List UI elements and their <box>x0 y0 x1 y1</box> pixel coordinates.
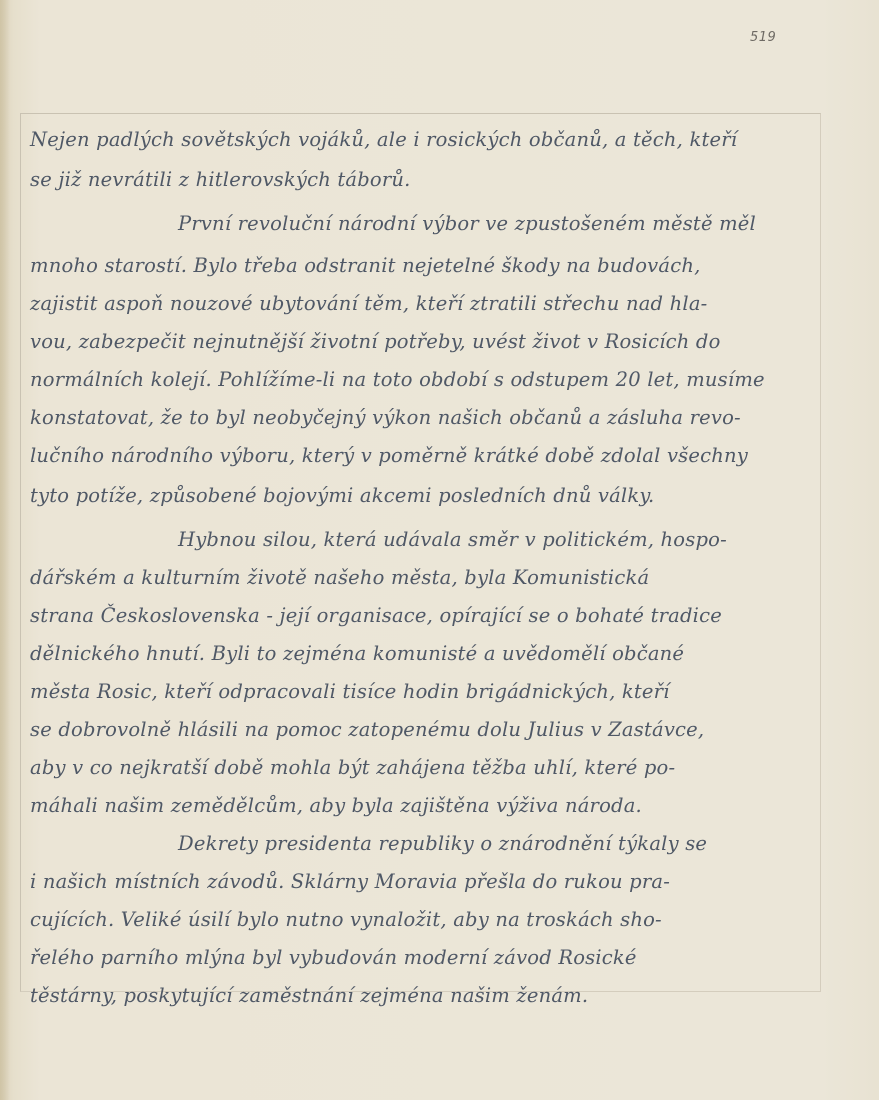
manuscript-page: 519 Nejen padlých sovětských vojáků, ale… <box>0 0 879 1100</box>
text-line: dělnického hnutí. Byli to zejména komuni… <box>30 636 684 672</box>
text-line: těstárny, poskytující zaměstnání zejména… <box>30 978 588 1014</box>
text-line: i našich místních závodů. Sklárny Moravi… <box>30 864 670 900</box>
text-line: mnoho starostí. Bylo třeba odstranit nej… <box>30 248 701 284</box>
binding-shadow <box>0 0 10 1100</box>
page-number: 519 <box>750 30 776 45</box>
text-line: normálních kolejí. Pohlížíme-li na toto … <box>30 362 765 398</box>
text-line: řelého parního mlýna byl vybudován moder… <box>30 940 637 976</box>
text-line: Nejen padlých sovětských vojáků, ale i r… <box>30 122 737 158</box>
text-line: lučního národního výboru, který v poměrn… <box>30 438 748 474</box>
text-line: konstatovat, že to byl neobyčejný výkon … <box>30 400 741 436</box>
paragraph-start-line: První revoluční národní výbor ve zpustoš… <box>178 206 756 242</box>
text-line: aby v co nejkratší době mohla být zaháje… <box>30 750 675 786</box>
text-line: vou, zabezpečit nejnutnější životní potř… <box>30 324 721 360</box>
text-line: zajistit aspoň nouzové ubytování těm, kt… <box>30 286 707 322</box>
paragraph-start-line: Dekrety presidenta republiky o znárodněn… <box>178 826 707 862</box>
paragraph-start-line: Hybnou silou, která udávala směr v polit… <box>178 522 727 558</box>
text-line: se dobrovolně hlásili na pomoc zatopeném… <box>30 712 704 748</box>
text-line: dářském a kulturním životě našeho města,… <box>30 560 649 596</box>
text-line: cujících. Veliké úsilí bylo nutno vynalo… <box>30 902 662 938</box>
text-line: tyto potíže, způsobené bojovými akcemi p… <box>30 478 654 514</box>
text-line: se již nevrátili z hitlerovských táborů. <box>30 162 411 198</box>
text-line: města Rosic, kteří odpracovali tisíce ho… <box>30 674 670 710</box>
text-line: strana Československa - její organisace,… <box>30 598 722 634</box>
text-line: máhali našim zemědělcům, aby byla zajišt… <box>30 788 642 824</box>
